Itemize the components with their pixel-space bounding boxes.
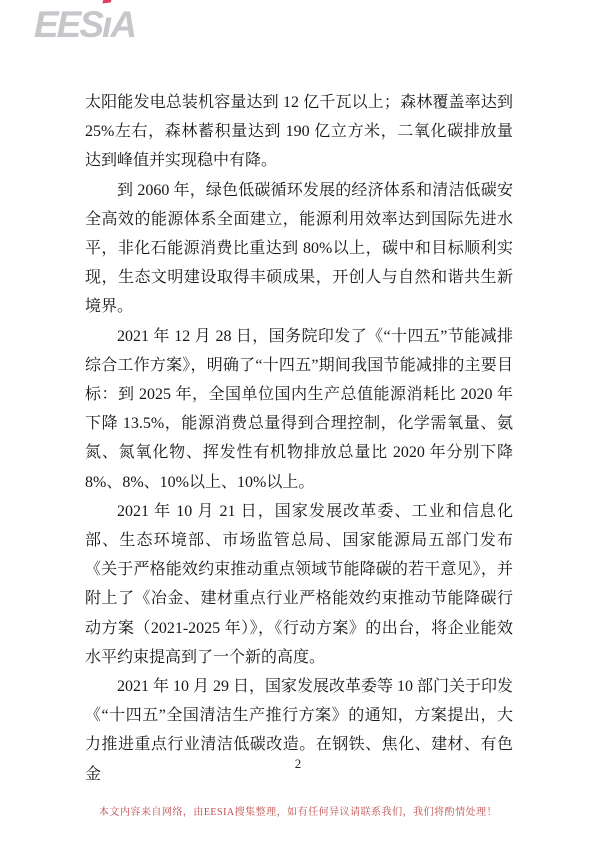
footer-disclaimer: 本文内容来自网络，由EESIA搜集整理，如有任何异议请联系我们，我们将酌情处理！	[0, 803, 596, 818]
paragraph-2: 到 2060 年，绿色低碳循环发展的经济体系和清洁低碳安全高效的能源体系全面建立…	[85, 176, 513, 322]
paragraph-1: 太阳能发电总装机容量达到 12 亿千瓦以上；森林覆盖率达到25%左右，森林蓄积量…	[85, 88, 513, 176]
document-page: EESıA 太阳能发电总装机容量达到 12 亿千瓦以上；森林覆盖率达到25%左右…	[0, 0, 596, 842]
paragraph-4: 2021 年 10 月 21 日，国家发展改革委、工业和信息化部、生态环境部、市…	[85, 497, 513, 672]
page-number: 2	[0, 756, 596, 772]
document-body: 太阳能发电总装机容量达到 12 亿千瓦以上；森林覆盖率达到25%左右，森林蓄积量…	[85, 88, 513, 789]
logo-letter-i-glyph: ı	[102, 4, 110, 45]
logo-text-post: A	[110, 4, 135, 45]
paragraph-3: 2021 年 12 月 28 日，国务院印发了《“十四五”节能减排综合工作方案》…	[85, 322, 513, 497]
eesia-logo: EESıA	[34, 4, 135, 46]
logo-text-pre: EES	[34, 4, 102, 45]
logo-accent-mark-icon	[102, 0, 113, 4]
logo-letter-i: ı	[102, 4, 110, 46]
